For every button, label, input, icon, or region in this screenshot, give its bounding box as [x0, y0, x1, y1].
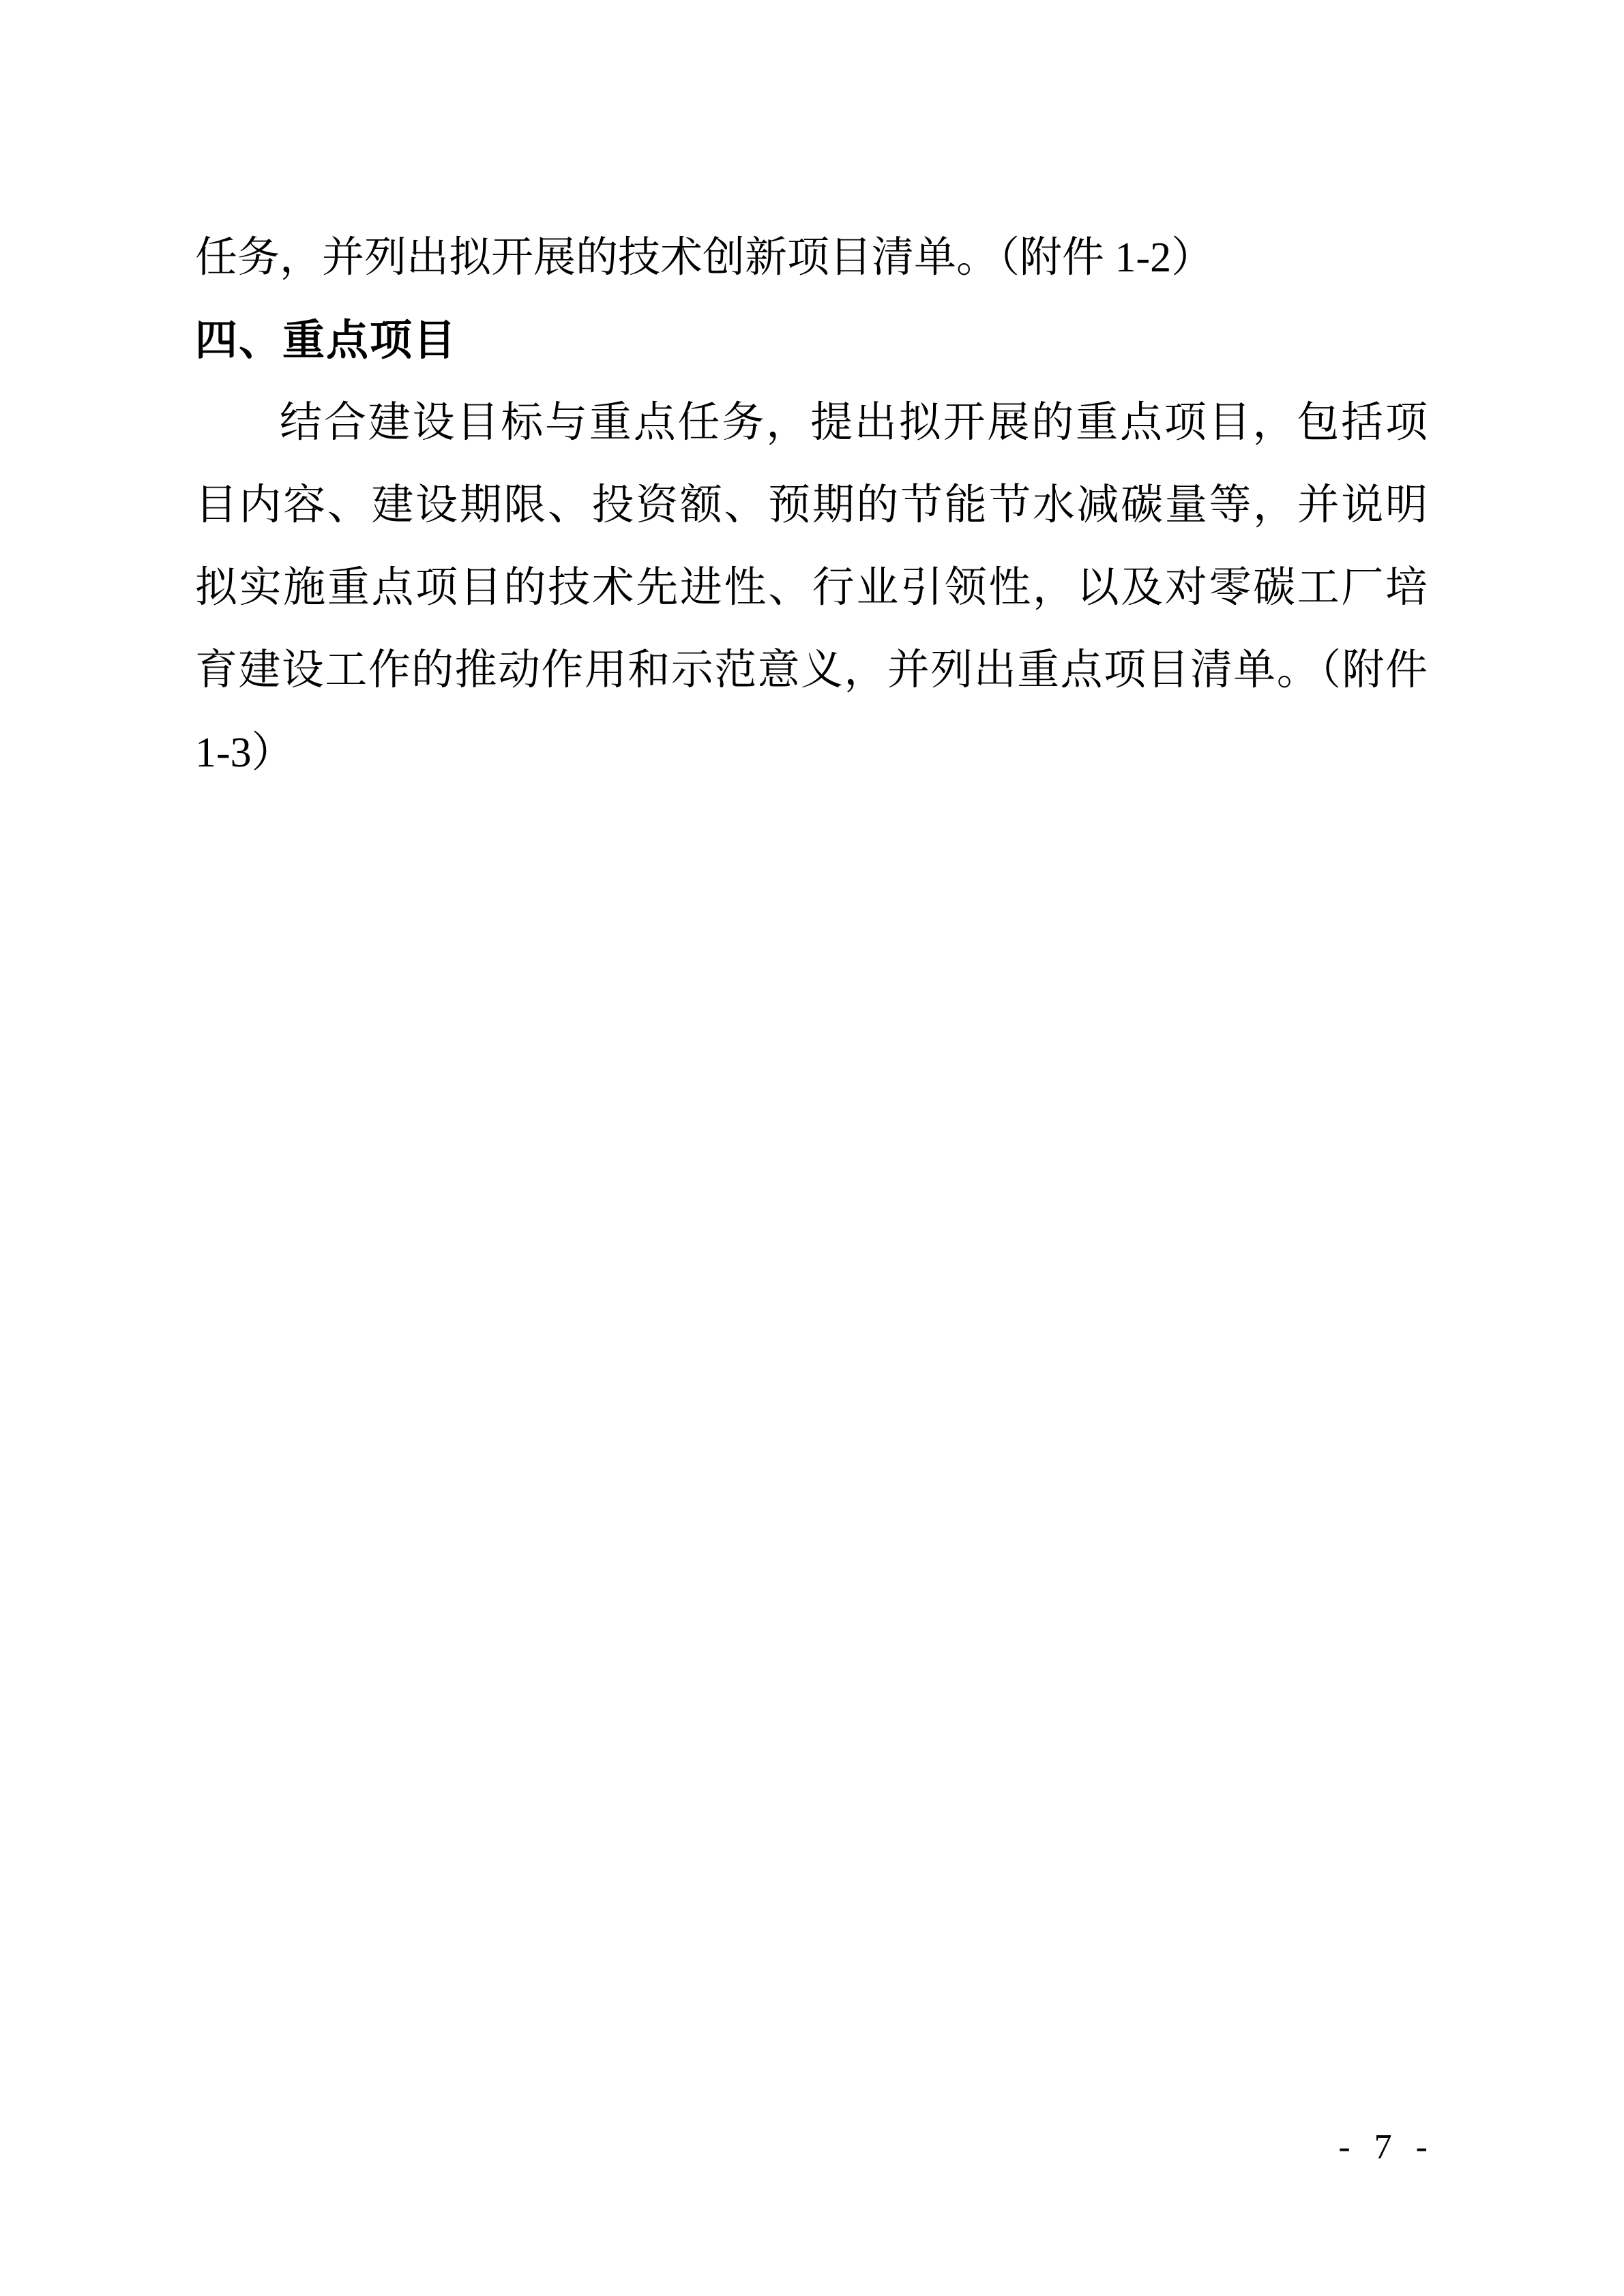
- paragraph-line-3: 拟实施重点项目的技术先进性、行业引领性，以及对零碳工厂培: [195, 547, 1428, 629]
- paragraph-line-2: 目内容、建设期限、投资额、预期的节能节水减碳量等，并说明: [195, 464, 1428, 547]
- paragraph-line-4: 育建设工作的推动作用和示范意义，并列出重点项目清单。（附件: [195, 629, 1428, 712]
- paragraph-line-1: 结合建设目标与重点任务，提出拟开展的重点项目，包括项: [195, 382, 1428, 464]
- document-body: 任务，并列出拟开展的技术创新项目清单。（附件 1-2） 四、重点项目 结合建设目…: [195, 217, 1428, 794]
- paragraph-tail-line: 任务，并列出拟开展的技术创新项目清单。（附件 1-2）: [195, 217, 1428, 299]
- paragraph-last-line: 1-3）: [195, 712, 1428, 794]
- page-number: - 7 -: [1338, 2126, 1428, 2168]
- section-heading: 四、重点项目: [195, 299, 1428, 382]
- document-page: 任务，并列出拟开展的技术创新项目清单。（附件 1-2） 四、重点项目 结合建设目…: [0, 0, 1624, 2296]
